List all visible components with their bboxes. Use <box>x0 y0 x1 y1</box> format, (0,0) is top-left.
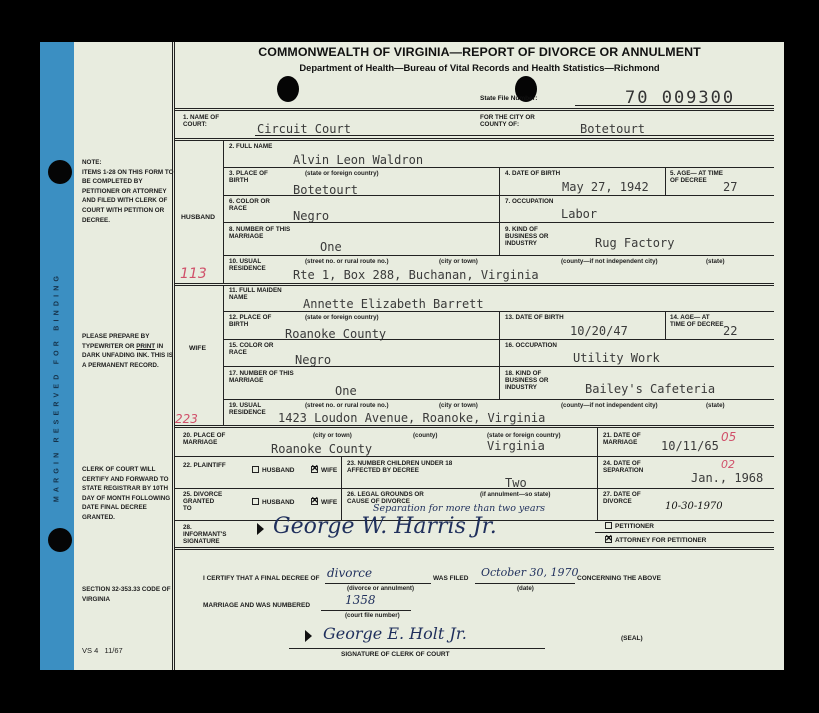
marriage-date-label: 21. DATE OF MARRIAGE <box>603 432 663 446</box>
residence-hint-street: (street no. or rural route no.) <box>305 258 389 265</box>
sign-here-arrow-icon <box>305 630 312 642</box>
form-id: VS 4 11/67 <box>82 646 123 656</box>
court-name-value: Circuit Court <box>257 122 351 136</box>
granted-husband-label: HUSBAND <box>262 499 295 506</box>
husband-race-label: 6. COLOR OR RACE <box>229 198 279 212</box>
checkbox-empty-icon <box>252 466 259 473</box>
checkbox-checked-icon <box>605 536 612 543</box>
divorce-date-label: 27. DATE OF DIVORCE <box>603 491 663 505</box>
cert-line2-a: MARRIAGE AND WAS NUMBERED <box>203 602 310 609</box>
wife-occupation-value: Utility Work <box>573 351 660 365</box>
granted-wife-label: WIFE <box>321 499 337 506</box>
granted-to-label: 25. DIVORCE GRANTED TO <box>183 491 223 512</box>
checkbox-checked-icon <box>311 466 318 473</box>
checkbox-checked-icon <box>311 498 318 505</box>
residence-hint-state: (state) <box>706 258 725 265</box>
separation-annotation: 02 <box>721 458 735 471</box>
marriage-place-label: 20. PLACE OF MARRIAGE <box>183 432 243 446</box>
informant-label: 28. INFORMANT'S SIGNATURE <box>183 524 233 545</box>
clerk-signature-label: SIGNATURE OF CLERK OF COURT <box>341 651 450 658</box>
residence-hint-city: (city or town) <box>439 258 478 265</box>
attorney-label: ATTORNEY FOR PETITIONER <box>615 537 706 544</box>
form-body: COMMONWEALTH OF VIRGINIA—REPORT OF DIVOR… <box>172 42 784 670</box>
wife-birthplace-label: 12. PLACE OF BIRTH <box>229 314 279 328</box>
wife-race-value: Negro <box>295 353 331 367</box>
wife-residence-label: 19. USUAL RESIDENCE <box>229 402 279 416</box>
checkbox-empty-icon <box>605 522 612 529</box>
informant-signature: George W. Harris Jr. <box>273 514 497 539</box>
wife-name-label: 11. FULL MAIDEN NAME <box>229 287 299 301</box>
court-name-label: 1. NAME OF COURT: <box>183 114 243 128</box>
note-title: NOTE: <box>82 158 174 168</box>
wife-race-label: 15. COLOR OR RACE <box>229 342 279 356</box>
attorney-checkbox[interactable]: ATTORNEY FOR PETITIONER <box>605 536 706 544</box>
wife-occupation-label: 16. OCCUPATION <box>505 342 557 349</box>
divorce-report-form: MARGIN RESERVED FOR BINDING NOTE: ITEMS … <box>40 42 784 670</box>
clerk-instructions: CLERK OF COURT WILL CERTIFY AND FORWARD … <box>82 465 176 523</box>
wife-name-value: Annette Elizabeth Barrett <box>303 297 484 311</box>
wife-annotation: 223 <box>175 412 198 426</box>
marriage-state-value: Virginia <box>487 439 545 453</box>
court-county-value: Botetourt <box>580 122 645 136</box>
checkbox-empty-icon <box>252 498 259 505</box>
decree-type-value: divorce <box>327 566 372 580</box>
marriage-place-value: Roanoke County <box>271 442 372 456</box>
wife-age-value: 22 <box>723 324 737 338</box>
cert-line1-b: WAS FILED <box>433 575 468 582</box>
plaintiff-wife-label: WIFE <box>321 467 337 474</box>
prepare-print-text: PRINT <box>136 343 155 350</box>
punch-hole-icon <box>48 528 72 552</box>
wife-section-label: WIFE <box>189 345 206 352</box>
cert-line1-a: I CERTIFY THAT A FINAL DECREE OF <box>203 575 320 582</box>
granted-husband-checkbox[interactable]: HUSBAND <box>252 498 295 506</box>
husband-residence-value: Rte 1, Box 288, Buchanan, Virginia <box>293 268 539 282</box>
divorce-date-value: 10-30-1970 <box>665 501 723 512</box>
husband-birthplace-hint: (state or foreign country) <box>305 170 379 177</box>
punch-hole-icon <box>48 160 72 184</box>
residence-hint-county: (county—if not independent city) <box>561 402 658 409</box>
husband-residence-label: 10. USUAL RESIDENCE <box>229 258 279 272</box>
filed-date-hint: (date) <box>517 585 534 592</box>
husband-dob-value: May 27, 1942 <box>562 180 649 194</box>
husband-name-value: Alvin Leon Waldron <box>293 153 423 167</box>
husband-section-label: HUSBAND <box>181 214 215 221</box>
husband-name-label: 2. FULL NAME <box>229 143 279 150</box>
seal-label: (SEAL) <box>621 635 643 642</box>
petitioner-checkbox[interactable]: PETITIONER <box>605 522 654 530</box>
residence-hint-city: (city or town) <box>439 402 478 409</box>
file-number-value: 1358 <box>345 593 376 607</box>
marriage-hint-state: (state or foreign country) <box>487 432 561 439</box>
wife-business-value: Bailey's Cafeteria <box>585 382 715 396</box>
residence-hint-county: (county—if not independent city) <box>561 258 658 265</box>
binding-margin-strip: MARGIN RESERVED FOR BINDING <box>40 42 74 670</box>
husband-business-value: Rug Factory <box>595 236 674 250</box>
husband-birthplace-label: 3. PLACE OF BIRTH <box>229 170 279 184</box>
filed-date-value: October 30, 1970 <box>481 566 579 579</box>
plaintiff-husband-label: HUSBAND <box>262 467 295 474</box>
marriage-date-annotation: 05 <box>721 430 736 444</box>
husband-business-label: 9. KIND OF BUSINESS OR INDUSTRY <box>505 226 565 247</box>
file-number-hint: (court file number) <box>345 612 400 619</box>
husband-age-value: 27 <box>723 180 737 194</box>
separation-value: Jan., 1968 <box>691 471 763 485</box>
marriage-date-value: 10/11/65 <box>661 439 719 453</box>
husband-occupation-label: 7. OCCUPATION <box>505 198 553 205</box>
husband-dob-label: 4. DATE OF BIRTH <box>505 170 565 177</box>
plaintiff-wife-checkbox[interactable]: WIFE <box>311 466 337 474</box>
form-subtitle: Department of Health—Bureau of Vital Rec… <box>175 62 784 73</box>
clerk-signature: George E. Holt Jr. <box>323 624 467 643</box>
wife-marriage-number-value: One <box>335 384 357 398</box>
residence-hint-street: (street no. or rural route no.) <box>305 402 389 409</box>
wife-dob-label: 13. DATE OF BIRTH <box>505 314 565 321</box>
residence-hint-state: (state) <box>706 402 725 409</box>
cert-line1-c: CONCERNING THE ABOVE <box>577 575 661 582</box>
form-title: COMMONWEALTH OF VIRGINIA—REPORT OF DIVOR… <box>175 45 784 59</box>
husband-annotation: 113 <box>180 266 207 282</box>
wife-birthplace-hint: (state or foreign country) <box>305 314 379 321</box>
plaintiff-husband-checkbox[interactable]: HUSBAND <box>252 466 295 474</box>
separation-label: 24. DATE OF SEPARATION <box>603 460 663 474</box>
prepare-instructions: PLEASE PREPARE BY TYPEWRITER OR PRINT IN… <box>82 332 174 370</box>
husband-race-value: Negro <box>293 209 329 223</box>
court-county-label: FOR THE CITY OR COUNTY OF: <box>480 114 550 128</box>
decree-type-hint: (divorce or annulment) <box>347 585 414 592</box>
granted-wife-checkbox[interactable]: WIFE <box>311 498 337 506</box>
husband-occupation-value: Labor <box>561 207 597 221</box>
note-body: ITEMS 1-28 ON THIS FORM TO BE COMPLETED … <box>82 168 174 226</box>
grounds-hint: (if annulment—so state) <box>480 491 550 498</box>
plaintiff-label: 22. PLAINTIFF <box>183 462 226 469</box>
code-section: SECTION 32-353.33 CODE OF VIRGINIA <box>82 585 174 604</box>
husband-age-label: 5. AGE— AT TIME OF DECREE <box>670 170 725 184</box>
petitioner-label: PETITIONER <box>615 523 654 530</box>
grounds-value: Separation for more than two years <box>373 503 545 514</box>
marriage-hint-city: (city or town) <box>313 432 352 439</box>
children-label: 23. NUMBER CHILDREN UNDER 18 AFFECTED BY… <box>347 460 457 474</box>
wife-marriage-number-label: 17. NUMBER OF THIS MARRIAGE <box>229 370 309 384</box>
state-file-label: State File Number: <box>480 95 537 102</box>
wife-dob-value: 10/20/47 <box>570 324 628 338</box>
sign-here-arrow-icon <box>257 523 264 535</box>
husband-marriage-number-value: One <box>320 240 342 254</box>
side-notes: NOTE: ITEMS 1-28 ON THIS FORM TO BE COMP… <box>74 42 174 670</box>
binding-margin-label: MARGIN RESERVED FOR BINDING <box>54 272 61 502</box>
wife-age-label: 14. AGE— AT TIME OF DECREE <box>670 314 725 328</box>
wife-residence-value: 1423 Loudon Avenue, Roanoke, Virginia <box>278 411 545 425</box>
wife-business-label: 18. KIND OF BUSINESS OR INDUSTRY <box>505 370 565 391</box>
husband-marriage-number-label: 8. NUMBER OF THIS MARRIAGE <box>229 226 309 240</box>
marriage-hint-county: (county) <box>413 432 437 439</box>
